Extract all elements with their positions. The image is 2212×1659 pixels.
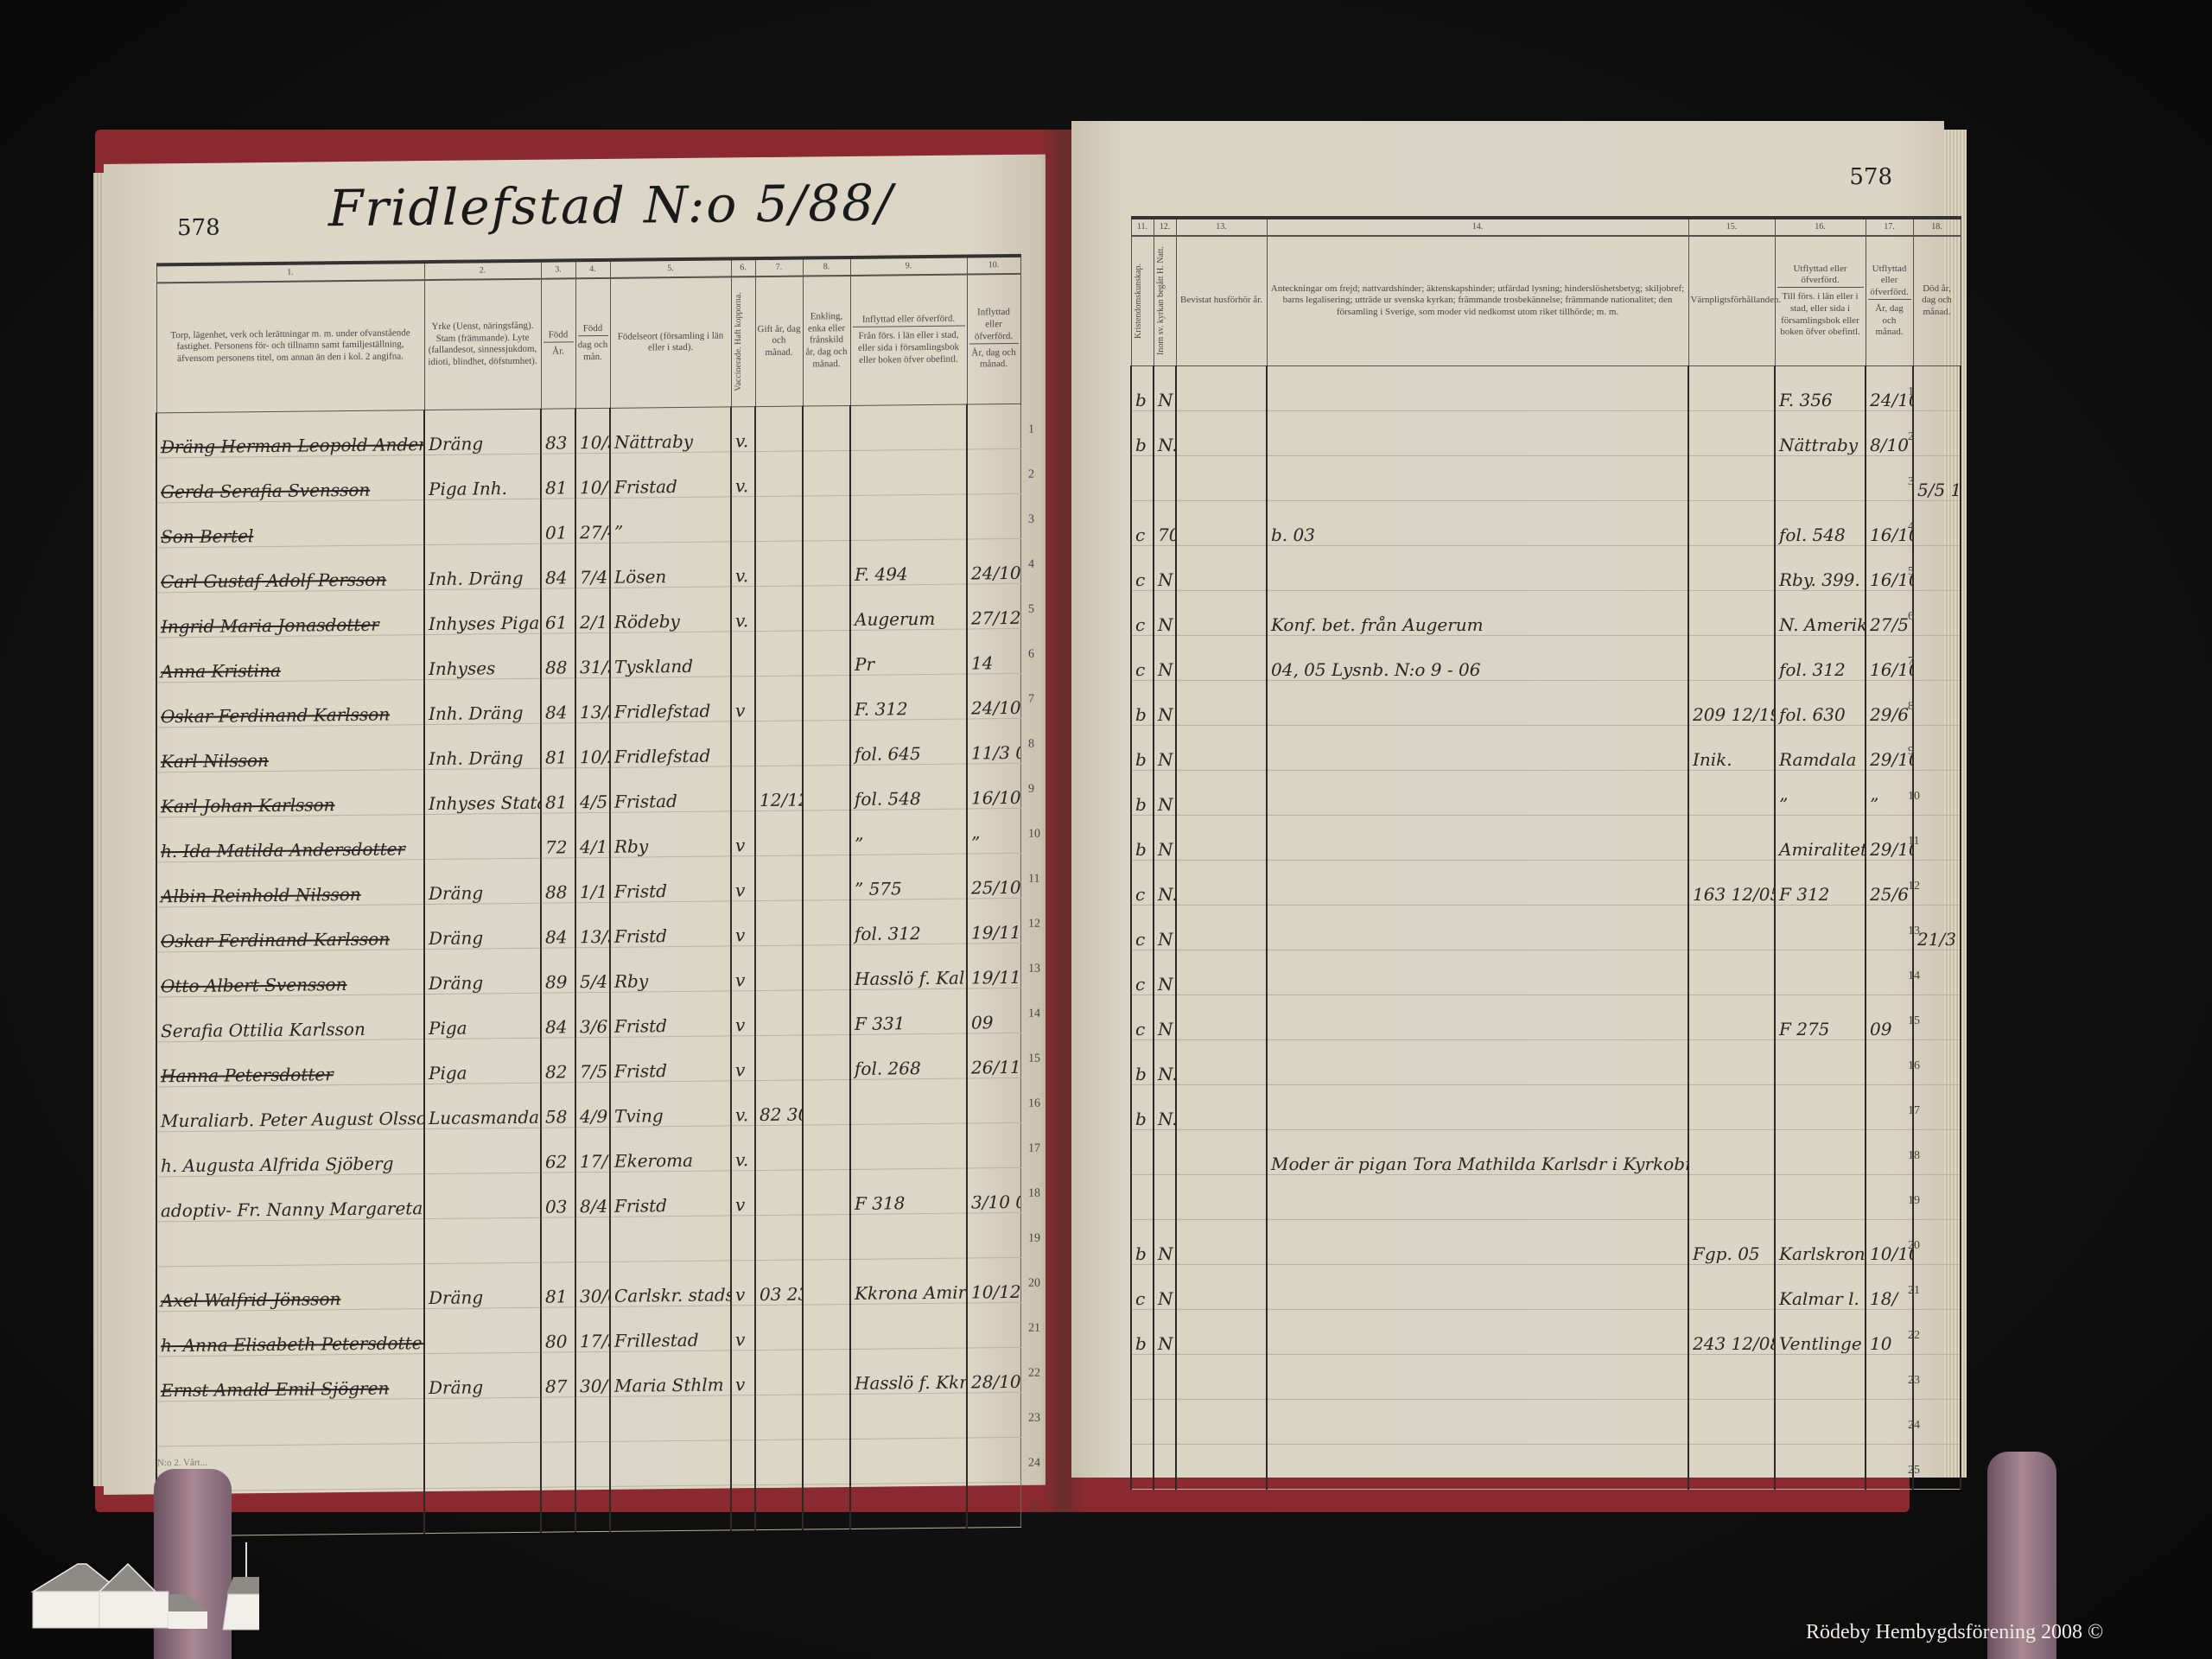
cell-married: 12/12 02 — [755, 766, 803, 811]
cell-husforhor — [1176, 455, 1267, 500]
cell-text-vacc: v — [735, 880, 745, 900]
cell-text-year: 89 — [545, 971, 567, 992]
cell-text-vacc: v — [735, 1284, 745, 1305]
cell-text-name: Otto Albert Svensson — [161, 974, 346, 996]
table-row: cN — [1131, 950, 1961, 995]
cell-name: Muraliarb. Peter August Olsson — [156, 1084, 424, 1131]
cell-natt: N — [1154, 680, 1176, 725]
cell-text-occupation: Inh. Dräng — [429, 567, 524, 588]
cell-text-in_from: fol. 548 — [855, 788, 921, 810]
table-row: Moder är pigan Tora Mathilda Karlsdr i K… — [1131, 1129, 1961, 1174]
cell-name: Ernst Amald Emil Sjögren — [156, 1353, 424, 1401]
cell-married: 82 30/12 — [755, 1080, 803, 1126]
cell-varnplikt — [1688, 410, 1775, 455]
cell-birthplace: Fridlefstad — [610, 721, 731, 766]
cell-notes — [1267, 860, 1688, 905]
row-number-right: 18 — [1908, 1149, 1920, 1163]
cell-out_to — [1775, 1084, 1866, 1129]
cell-daymonth: 10/1 — [575, 453, 610, 498]
cell-kristen: b — [1131, 1219, 1154, 1264]
cell-widowed — [803, 1394, 850, 1440]
cell-text-in_from: Augerum — [855, 607, 935, 629]
cell-daymonth: 13/5 — [575, 677, 610, 722]
cell-in_date: 09 — [967, 988, 1020, 1033]
cell-notes — [1267, 1354, 1688, 1399]
cell-birthplace: Frillestad — [610, 1305, 731, 1351]
cell-daymonth: 10/2 — [575, 722, 610, 767]
cell-natt: N — [1154, 1309, 1176, 1354]
cell-birthplace: Fridlefstad — [610, 676, 731, 721]
column-label: Till förs. i län eller i stad, eller sid… — [1777, 291, 1864, 339]
cell-kristen: c — [1131, 905, 1154, 950]
cell-text-year: 61 — [545, 612, 567, 632]
cell-text-birthplace: Rby — [614, 836, 648, 856]
row-number-left: 18 — [1028, 1187, 1040, 1201]
cell-notes — [1267, 545, 1688, 590]
cell-text-daymonth: 7/5 — [580, 1060, 607, 1081]
cell-died — [1913, 1444, 1961, 1489]
cell-notes — [1267, 815, 1688, 860]
cell-birthplace — [610, 1440, 731, 1485]
cell-text-birthplace: Tyskland — [614, 655, 693, 677]
cell-varnplikt — [1688, 1354, 1775, 1399]
cell-out_date — [1866, 950, 1913, 995]
cell-birthplace: Rby — [610, 945, 731, 991]
cell-out_date: 29/10 04 — [1866, 725, 1913, 770]
cell-natt: 70 — [1154, 500, 1176, 545]
cell-out_date — [1866, 1084, 1913, 1129]
cell-occupation: Inh. Dräng — [424, 543, 541, 589]
cell-name: Oskar Ferdinand Karlsson — [156, 679, 424, 727]
cell-occupation: Dräng — [424, 1352, 541, 1398]
cell-in_from: Pr — [850, 629, 967, 675]
cell-in_date: 25/10 04 — [967, 853, 1020, 899]
cell-varnplikt — [1688, 1174, 1775, 1219]
cell-kristen: c — [1131, 635, 1154, 680]
table-row: bN243 12/08Ventlinge10 — [1131, 1309, 1961, 1354]
cell-in_date: 3/10 07 — [967, 1167, 1020, 1213]
cell-out_to: F. 356 — [1775, 365, 1866, 410]
cell-occupation: Inh. Dräng — [424, 723, 541, 769]
cell-text-vacc: v — [735, 1374, 745, 1395]
cell-out_to: ” — [1775, 770, 1866, 815]
cell-varnplikt — [1688, 1084, 1775, 1129]
cell-year: 89 — [541, 947, 575, 992]
column-header: Torp, lägenhet, verk och lerättningar m.… — [156, 280, 424, 412]
cell-in_from: fol. 268 — [850, 1033, 967, 1079]
cell-out_date: 10/10 1905 — [1866, 1219, 1913, 1264]
cell-notes — [1267, 950, 1688, 995]
cell-birthplace: Fristd — [610, 900, 731, 946]
row-number-right: 5 — [1908, 565, 1914, 579]
cell-out_to: Karlskrona Amiralitetsf. — [1775, 1219, 1866, 1264]
cell-out_date: 16/10 29/11 03 — [1866, 545, 1913, 590]
column-header: Utflyttad eller öfverförd.Till förs. i l… — [1775, 236, 1866, 365]
cell-text-year: 81 — [545, 477, 567, 498]
cell-occupation: Piga — [424, 993, 541, 1039]
right-table-header: 11.12.13.14.15.16.17.18. Kristendomskuns… — [1131, 218, 1961, 365]
cell-out_date: 29/10 06 — [1866, 815, 1913, 860]
cell-name: Anna Kristina — [156, 634, 424, 682]
cell-text-in_date: 19/11 08 — [971, 966, 1020, 988]
row-number-left: 6 — [1028, 648, 1034, 662]
cell-text-birthplace: Carlskr. stadsf. — [614, 1284, 731, 1306]
cell-text-in_from: fol. 645 — [855, 743, 921, 765]
cell-occupation — [424, 1217, 541, 1263]
cell-died — [1913, 410, 1961, 455]
cell-text-in_from: Kkrona Amiral. — [855, 1281, 967, 1304]
row-number-right: 2 — [1908, 430, 1914, 444]
cell-text-year: 72 — [545, 836, 567, 857]
row-number-right: 23 — [1908, 1374, 1920, 1388]
cell-widowed — [803, 765, 850, 810]
cell-vacc: v — [731, 1035, 755, 1080]
cell-text-in_from: Pr — [855, 653, 874, 674]
cell-year: 84 — [541, 992, 575, 1037]
column-header: Födddag och mån. — [575, 278, 610, 408]
cell-year: 88 — [541, 857, 575, 902]
cell-text-in_from: ” — [855, 833, 863, 854]
cell-in_from: fol. 645 — [850, 719, 967, 765]
cell-name: h. Anna Elisabeth Petersdotter — [156, 1308, 424, 1356]
cell-in_date — [967, 1392, 1020, 1438]
column-number: 6. — [731, 258, 755, 276]
cell-name: Oskar Ferdinand Karlsson — [156, 904, 424, 951]
cell-text-in_date: 14 — [971, 652, 993, 673]
cell-kristen — [1131, 1354, 1154, 1399]
cell-text-year: 03 — [545, 1196, 567, 1217]
cell-text-birthplace: Fridlefstad — [614, 745, 710, 766]
cell-vacc: v — [731, 990, 755, 1035]
cell-married — [755, 721, 803, 766]
cell-in_from — [850, 1303, 967, 1349]
cell-text-year: 81 — [545, 1286, 567, 1306]
cell-notes: Konf. bet. från Augerum — [1267, 590, 1688, 635]
cell-out_date — [1866, 455, 1913, 500]
cell-married — [755, 990, 803, 1036]
cell-text-birthplace: Fristad — [614, 476, 677, 498]
cell-notes: 04, 05 Lysnb. N:o 9 - 06 — [1267, 635, 1688, 680]
cell-year: 81 — [541, 1262, 575, 1306]
cell-in_date: 19/11 08 — [967, 943, 1020, 988]
cell-husforhor — [1176, 770, 1267, 815]
cell-in_from: Kkrona Amiral. — [850, 1258, 967, 1304]
cell-natt: N — [1154, 1264, 1176, 1309]
cell-in_date: 10/12 04 — [967, 1257, 1020, 1303]
cell-text-married: 82 30/12 — [760, 1103, 803, 1125]
cell-varnplikt: Inik. — [1688, 725, 1775, 770]
cell-in_from — [850, 449, 967, 495]
cell-kristen: b — [1131, 1084, 1154, 1129]
cell-text-name: h. Ida Matilda Andersdotter — [161, 838, 405, 861]
cell-birthplace: Fristd — [610, 990, 731, 1036]
cell-out_to: Kalmar l. — [1775, 1264, 1866, 1309]
cell-text-occupation: Dräng — [429, 927, 483, 949]
column-label: Vaccinerade. Haft kopporna. — [734, 292, 745, 391]
column-label: Värnpligtsförhållanden. — [1691, 295, 1773, 307]
column-number: 13. — [1176, 218, 1267, 236]
cell-out_to: fol. 312 — [1775, 635, 1866, 680]
cell-married — [755, 406, 803, 452]
row-number-right: 21 — [1908, 1284, 1920, 1298]
cell-varnplikt — [1688, 995, 1775, 1039]
column-header: Inom sv. kyrkan begått H. Natt. — [1154, 236, 1176, 365]
left-register-table: 1.2.3.4.5.6.7.8.9.10. Torp, lägenhet, ve… — [156, 254, 1021, 1536]
row-number-left: 4 — [1028, 558, 1034, 572]
cell-in_date — [967, 1212, 1020, 1258]
table-row: bNAmiralitets fäb. Karlskrona29/10 06 — [1131, 815, 1961, 860]
cell-in_date: ” — [967, 808, 1020, 854]
cell-widowed — [803, 810, 850, 855]
cell-out_to — [1775, 1129, 1866, 1174]
cell-out_to: Nättraby — [1775, 410, 1866, 455]
cell-natt — [1154, 1399, 1176, 1444]
cell-in_date — [967, 1302, 1020, 1348]
cell-died — [1913, 950, 1961, 995]
cell-varnplikt — [1688, 950, 1775, 995]
cell-text-occupation: Lucasmandata — [429, 1106, 541, 1128]
cell-in_from — [850, 1483, 967, 1529]
cell-out_date — [1866, 1444, 1913, 1489]
cell-birthplace: Maria Sthlm — [610, 1350, 731, 1395]
cell-natt: N — [1154, 590, 1176, 635]
cell-text-occupation: Piga — [429, 1062, 467, 1083]
cell-occupation — [424, 1173, 541, 1218]
cell-married — [755, 451, 803, 497]
cell-year: 81 — [541, 767, 575, 812]
cell-died: 5/5 1901 — [1913, 455, 1961, 500]
row-number-right: 24 — [1908, 1419, 1920, 1433]
cell-vacc — [731, 1484, 755, 1529]
cell-text-in_date: 24/10 01 — [971, 562, 1020, 583]
cell-occupation: Dräng — [424, 858, 541, 904]
cell-birthplace — [610, 1484, 731, 1530]
cell-text-daymonth: 13/5 — [580, 925, 610, 946]
cell-daymonth — [575, 1396, 610, 1441]
cell-text-vacc: v. — [735, 430, 748, 451]
cell-daymonth: 4/9 — [575, 1082, 610, 1127]
cell-out_to: F 275 — [1775, 995, 1866, 1039]
cell-married — [755, 1125, 803, 1171]
cell-died — [1913, 1309, 1961, 1354]
cell-natt: N — [1154, 1219, 1176, 1264]
cell-notes — [1267, 1084, 1688, 1129]
cell-vacc — [731, 1440, 755, 1484]
cell-out_date — [1866, 1354, 1913, 1399]
cell-name: Son Bertel — [156, 499, 424, 547]
column-header: Inflyttad eller öfverförd.Från förs. i l… — [850, 275, 967, 405]
column-number: 15. — [1688, 218, 1775, 236]
cell-text-married: 12/12 02 — [760, 789, 803, 810]
cell-widowed — [803, 405, 850, 451]
cell-daymonth: 1/1 — [575, 857, 610, 902]
cell-varnplikt — [1688, 365, 1775, 410]
cell-text-name: Oskar Ferdinand Karlsson — [161, 703, 390, 727]
column-group-label: Utflyttad eller öfverförd. — [1868, 264, 1911, 300]
cell-varnplikt: Fgp. 05 — [1688, 1219, 1775, 1264]
column-header: Död år, dag och månad. — [1913, 236, 1961, 365]
row-number-left: 8 — [1028, 738, 1034, 752]
cell-name: h. Augusta Alfrida Sjöberg — [156, 1128, 424, 1176]
cell-birthplace: Rödeby — [610, 586, 731, 632]
cell-husforhor — [1176, 1219, 1267, 1264]
cell-out_date — [1866, 1039, 1913, 1084]
cell-vacc: v. — [731, 406, 755, 451]
left-page: 578 Fridlefstad N:o 5/88/ 1.2.3.4.5.6.7.… — [104, 155, 1046, 1495]
cell-occupation — [424, 1307, 541, 1353]
cell-out_to: fol. 548 — [1775, 500, 1866, 545]
row-number-left: 17 — [1028, 1142, 1040, 1156]
cell-out_to — [1775, 1039, 1866, 1084]
row-number-left: 14 — [1028, 1007, 1040, 1021]
row-number-left: 24 — [1028, 1457, 1040, 1471]
cell-text-name: Axel Walfrid Jönsson — [161, 1288, 340, 1311]
cell-vacc — [731, 496, 755, 541]
cell-out_date: 10 — [1866, 1309, 1913, 1354]
cell-varnplikt — [1688, 1444, 1775, 1489]
cell-varnplikt: 243 12/08 — [1688, 1309, 1775, 1354]
column-number: 2. — [424, 261, 541, 280]
cell-text-daymonth: 13/5 — [580, 701, 610, 721]
cell-birthplace: Tving — [610, 1080, 731, 1126]
cell-married — [755, 1170, 803, 1216]
cell-in_from: F. 312 — [850, 674, 967, 720]
row-number-left: 3 — [1028, 513, 1034, 527]
column-number: 16. — [1775, 218, 1866, 236]
cell-year: 84 — [541, 902, 575, 947]
table-row: bN. — [1131, 1039, 1961, 1084]
cell-occupation — [424, 1128, 541, 1173]
cell-out_to: Amiralitets fäb. Karlskrona — [1775, 815, 1866, 860]
cell-vacc: v. — [731, 1080, 755, 1125]
cell-text-in_from: fol. 312 — [855, 923, 921, 944]
cell-married — [755, 676, 803, 721]
cell-daymonth: 4/11 — [575, 812, 610, 857]
cell-husforhor — [1176, 905, 1267, 950]
cell-name — [156, 1398, 424, 1446]
cell-out_to — [1775, 455, 1866, 500]
cell-in_date — [967, 404, 1020, 449]
cell-out_date — [1866, 905, 1913, 950]
cell-text-birthplace: Fridlefstad — [614, 700, 710, 721]
cell-in_from: ” — [850, 809, 967, 855]
cell-died — [1913, 815, 1961, 860]
cell-year: 88 — [541, 632, 575, 677]
cell-vacc: v — [731, 676, 755, 721]
row-number-left: 21 — [1028, 1322, 1040, 1336]
cell-text-year: 88 — [545, 657, 567, 677]
cell-out_to — [1775, 950, 1866, 995]
cell-husforhor — [1176, 1264, 1267, 1309]
table-row: 5/5 1901 — [1131, 455, 1961, 500]
column-header: Värnpligtsförhållanden. — [1688, 236, 1775, 365]
cell-widowed — [803, 1214, 850, 1260]
cell-vacc: v — [731, 810, 755, 855]
cell-out_date: 27/5 1910 — [1866, 590, 1913, 635]
cell-widowed — [803, 944, 850, 990]
cell-year: 61 — [541, 588, 575, 632]
row-number-left: 7 — [1028, 693, 1034, 707]
cell-husforhor — [1176, 1174, 1267, 1219]
cell-notes — [1267, 1264, 1688, 1309]
cell-married — [755, 810, 803, 856]
cell-natt — [1154, 1129, 1176, 1174]
cell-out_date: 24/10 01 — [1866, 365, 1913, 410]
cell-died — [1913, 635, 1961, 680]
cell-married — [755, 1395, 803, 1440]
cell-year: 62 — [541, 1127, 575, 1172]
row-number-right: 4 — [1908, 520, 1914, 534]
table-row: cN21/3 09 — [1131, 905, 1961, 950]
row-number-left: 20 — [1028, 1277, 1040, 1291]
cell-in_date: 11/3 03 — [967, 718, 1020, 764]
cell-died: 21/3 09 — [1913, 905, 1961, 950]
cell-text-occupation: Inhyses — [429, 658, 495, 679]
cell-text-name: Anna Kristina — [161, 659, 281, 681]
footer-credit: Rödeby Hembygdsförening 2008 © — [1806, 1621, 2103, 1644]
cell-daymonth: 2/1 — [575, 588, 610, 632]
cell-died — [1913, 1084, 1961, 1129]
cell-died — [1913, 1264, 1961, 1309]
cell-married: 03 23/5 — [755, 1260, 803, 1306]
page-heading: Fridlefstad N:o 5/88/ — [328, 173, 894, 238]
cell-natt — [1154, 1174, 1176, 1219]
column-label: År, dag och månad. — [1868, 303, 1911, 339]
cell-died — [1913, 1399, 1961, 1444]
column-number: 7. — [755, 258, 803, 277]
cell-vacc: v. — [731, 451, 755, 496]
cell-text-vacc: v — [735, 1194, 745, 1215]
table-row — [156, 1482, 1020, 1535]
cell-married — [755, 1350, 803, 1395]
cell-kristen: b — [1131, 410, 1154, 455]
cell-husforhor — [1176, 365, 1267, 410]
cell-widowed — [803, 1484, 850, 1529]
cell-out_date: 8/10 01 — [1866, 410, 1913, 455]
column-header: Inflyttad eller öfverförd.År, dag och må… — [967, 274, 1020, 404]
cell-in_date — [967, 1122, 1020, 1168]
column-header: Enkling, enka eller frånskild år, dag oc… — [803, 276, 850, 406]
cell-in_date — [967, 1482, 1020, 1528]
cell-text-name: Muraliarb. Peter August Olsson — [161, 1107, 424, 1130]
cell-daymonth: 8/4 — [575, 1172, 610, 1217]
cell-text-in_date: 28/10 09 — [971, 1370, 1020, 1392]
cell-text-in_from: ” 575 — [855, 878, 902, 899]
cell-natt: N — [1154, 995, 1176, 1039]
cell-text-married: 03 23/5 — [760, 1283, 803, 1305]
cell-text-year: 84 — [545, 1016, 567, 1037]
cell-text-daymonth: 4/9 — [580, 1105, 607, 1126]
cell-occupation: Dräng — [424, 1262, 541, 1308]
cell-varnplikt — [1688, 455, 1775, 500]
cell-text-year: 87 — [545, 1376, 567, 1396]
column-label: Inom sv. kyrkan begått H. Natt. — [1156, 246, 1167, 355]
cell-name: h. Ida Matilda Andersdotter — [156, 814, 424, 861]
cell-kristen: c — [1131, 995, 1154, 1039]
cell-vacc: v — [731, 1170, 755, 1215]
cell-birthplace: Ekeroma — [610, 1125, 731, 1171]
cell-out_to: fol. 630 — [1775, 680, 1866, 725]
cell-natt — [1154, 1444, 1176, 1489]
cell-kristen: c — [1131, 590, 1154, 635]
cell-vacc — [731, 766, 755, 810]
cell-natt — [1154, 455, 1176, 500]
cell-text-in_date: 19/11 06 — [971, 921, 1020, 943]
cell-in_date: 27/12 01 — [967, 583, 1020, 629]
cell-natt: N. — [1154, 1039, 1176, 1084]
cell-text-name: Oskar Ferdinand Karlsson — [161, 928, 390, 951]
cell-husforhor — [1176, 680, 1267, 725]
